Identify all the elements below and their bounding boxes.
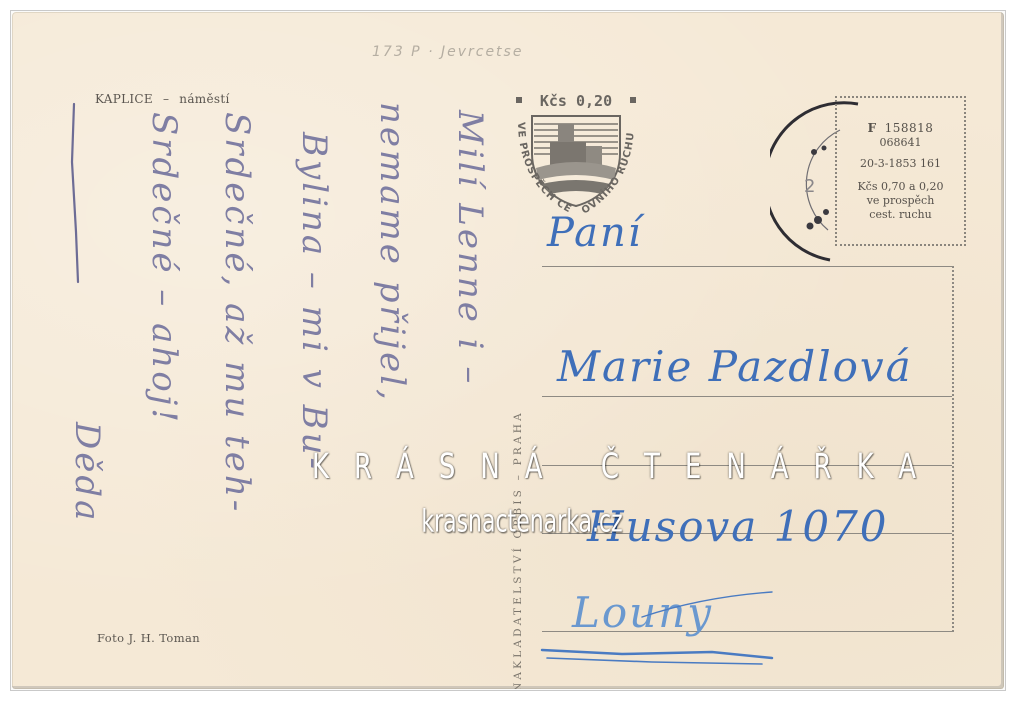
caption-dash: – [163,92,169,106]
postcard-back: KAPLICE–náměstí Foto J. H. Toman NAKLADA… [12,12,1004,689]
shield-castle-icon: Kčs 0,20 VE PROSPĚCH CEST OVNÍHO RUCHU [506,84,646,224]
address-line-1 [542,266,952,267]
stamp-series-letter: F [868,121,877,135]
caption-subject: náměstí [179,92,229,106]
message-line-5: Srdečné – ahoj! [144,112,184,425]
message-line-4: Srdečné, až mu teh- [217,112,257,514]
postmark-date: 2 [804,176,815,197]
address-block-edge [952,266,954,632]
stamp-purpose-line-1: ve prospěch [837,194,964,208]
stamp-series-number: 158818 [885,121,934,135]
watermark-title: KRÁSNÁ ČTENÁŘKA [312,447,732,488]
message-line-3: Bylina – mi v Bu- [294,132,334,472]
stamp-series: F158818 [837,121,964,135]
caption-title: KAPLICE–náměstí [95,92,230,106]
message-line-2: nemame přijel, [372,102,412,403]
stamp-number-2: 068641 [837,136,964,149]
address-line-2 [542,396,952,397]
caption-place: KAPLICE [95,92,153,106]
photo-credit: Foto J. H. Toman [97,631,200,645]
stamp-imprint-box: F158818 068641 20-3-1853 161 Kčs 0,70 a … [835,96,966,246]
stamp-purpose-line-2: cest. ruchu [837,208,964,222]
address-city: Louny [572,588,713,637]
tax-stamp-value: Kčs 0,20 [540,92,612,110]
watermark-url: krasnactenarka.cz [312,505,732,540]
pencil-notes: 173 P · Jevrcetse [372,44,523,60]
stamp-price-value: Kčs 0,70 a 0,20 [837,180,964,194]
message-signature: Děda [67,422,107,523]
stamp-print-code: 20-3-1853 161 [837,157,964,170]
address-salutation: Paní [547,210,643,256]
message-line-1: Milí Lenne i – [450,110,490,386]
stamp-price: Kčs 0,70 a 0,20 ve prospěch cest. ruchu [837,180,964,222]
tax-stamp: Kčs 0,20 VE PROSPĚCH CEST OVNÍHO RUCHU [506,84,646,224]
address-name: Marie Pazdlová [557,342,913,391]
